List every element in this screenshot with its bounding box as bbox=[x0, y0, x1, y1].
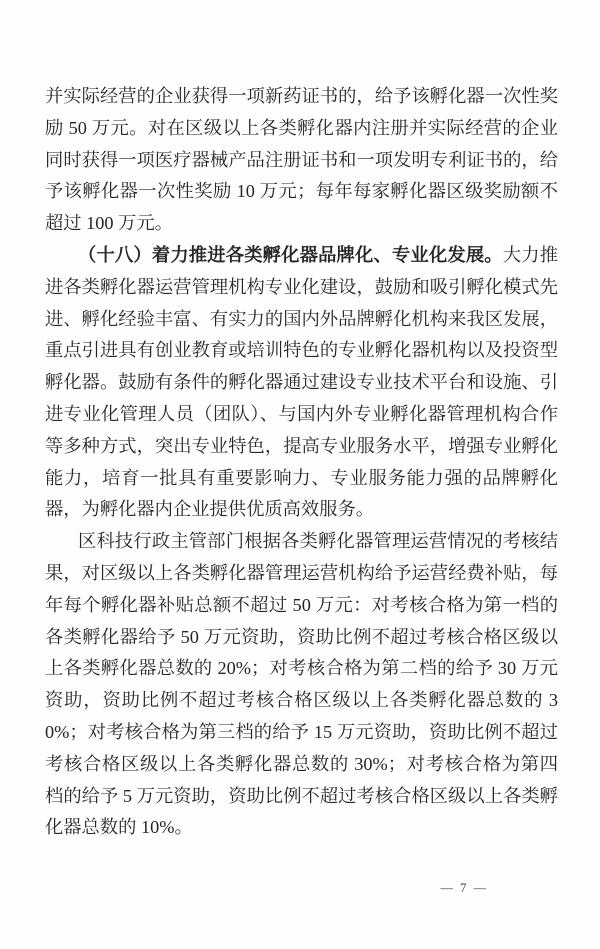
paragraph-subsidy-policy: 区科技行政主管部门根据各类孵化器管理运营情况的考核结果，对区级以上各类孵化器管理… bbox=[45, 526, 558, 844]
paragraph-continuation: 并实际经营的企业获得一项新药证书的，给予该孵化器一次性奖励 50 万元。对在区级… bbox=[45, 81, 558, 240]
document-body: 并实际经营的企业获得一项新药证书的，给予该孵化器一次性奖励 50 万元。对在区级… bbox=[45, 81, 558, 844]
paragraph-section-18: （十八）着力推进各类孵化器品牌化、专业化发展。大力推进各类孵化器运营管理机构专业… bbox=[45, 240, 558, 526]
section-heading: （十八）着力推进各类孵化器品牌化、专业化发展。 bbox=[78, 245, 503, 265]
paragraph-text: 并实际经营的企业获得一项新药证书的，给予该孵化器一次性奖励 50 万元。对在区级… bbox=[45, 86, 558, 233]
paragraph-text: 大力推进各类孵化器运营管理机构专业化建设，鼓励和吸引孵化模式先进、孵化经验丰富、… bbox=[45, 245, 558, 519]
paragraph-text: 区科技行政主管部门根据各类孵化器管理运营情况的考核结果，对区级以上各类孵化器管理… bbox=[45, 531, 558, 837]
document-page: 并实际经营的企业获得一项新药证书的，给予该孵化器一次性奖励 50 万元。对在区级… bbox=[0, 0, 600, 949]
page-number: — 7 — bbox=[441, 881, 489, 896]
